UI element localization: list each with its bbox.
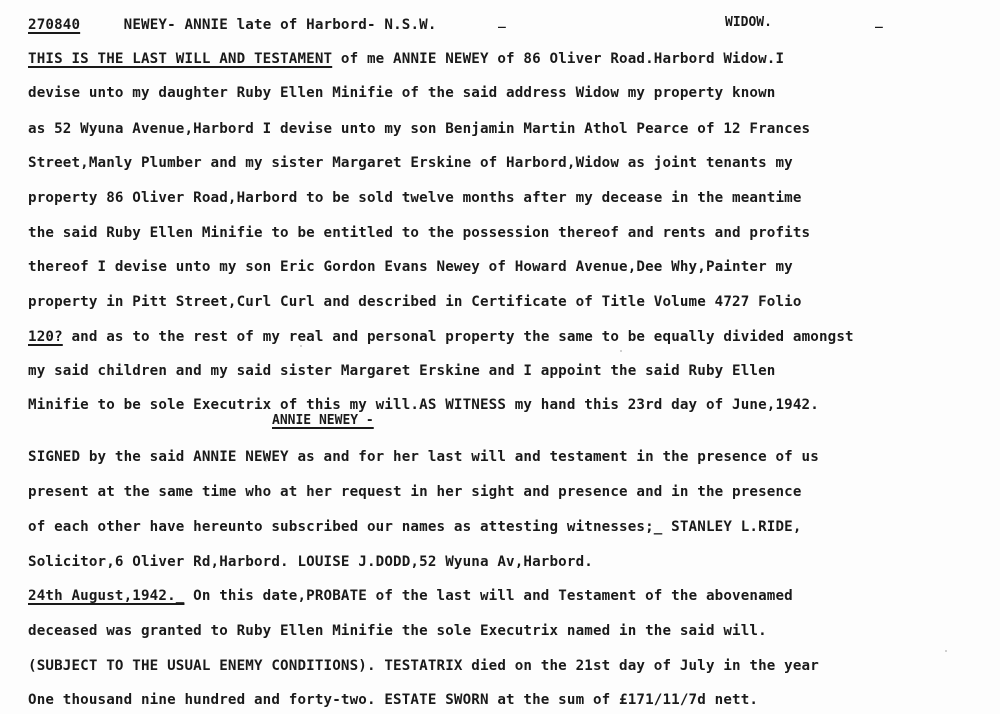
will-line: as 52 Wyuna Avenue,Harbord I devise unto… — [28, 120, 810, 138]
scan-speck — [945, 650, 947, 652]
probate-line: (SUBJECT TO THE USUAL ENEMY CONDITIONS).… — [28, 657, 819, 675]
attestation-line: Solicitor,6 Oliver Rd,Harbord. LOUISE J.… — [28, 553, 593, 571]
probate-line: One thousand nine hundred and forty-two.… — [28, 691, 758, 709]
will-line: the said Ruby Ellen Minifie to be entitl… — [28, 224, 810, 242]
will-line: property 86 Oliver Road,Harbord to be so… — [28, 189, 802, 207]
will-line: 120? and as to the rest of my real and p… — [28, 328, 854, 346]
will-line: my said children and my said sister Marg… — [28, 362, 775, 380]
will-line: Minifie to be sole Executrix of this my … — [28, 396, 819, 414]
attestation-line: SIGNED by the said ANNIE NEWEY as and fo… — [28, 448, 819, 466]
scan-speck — [620, 350, 622, 352]
attestation-line: present at the same time who at her requ… — [28, 483, 802, 501]
record-number: 270840 — [28, 17, 80, 33]
will-line: property in Pitt Street,Curl Curl and de… — [28, 293, 802, 311]
scan-speck — [265, 460, 267, 462]
scan-speck — [300, 345, 302, 347]
header-dash: _ — [875, 14, 883, 29]
will-document-page: 270840 NEWEY- ANNIE late of Harbord- N.S… — [0, 0, 1000, 714]
will-line: Street,Manly Plumber and my sister Marga… — [28, 154, 793, 172]
record-title: NEWEY- ANNIE late of Harbord- N.S.W. — [124, 17, 437, 33]
header-dash: _ — [498, 14, 506, 29]
probate-date: 24th August,1942._ — [28, 588, 184, 604]
will-line: devise unto my daughter Ruby Ellen Minif… — [28, 84, 775, 102]
probate-line: deceased was granted to Ruby Ellen Minif… — [28, 622, 767, 640]
testator-signature: ANNIE NEWEY - — [272, 413, 374, 428]
record-status: WIDOW. — [725, 15, 772, 30]
attestation-line: of each other have hereunto subscribed o… — [28, 518, 802, 536]
will-line: thereof I devise unto my son Eric Gordon… — [28, 258, 793, 276]
header-line: 270840 NEWEY- ANNIE late of Harbord- N.S… — [28, 16, 437, 34]
probate-line: 24th August,1942._ On this date,PROBATE … — [28, 587, 793, 605]
will-line: THIS IS THE LAST WILL AND TESTAMENT of m… — [28, 50, 784, 68]
